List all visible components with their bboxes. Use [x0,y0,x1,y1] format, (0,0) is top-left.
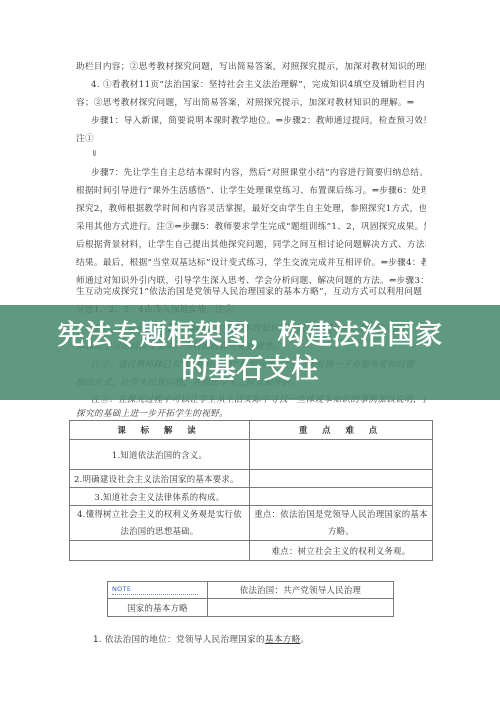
text-line: 注① [76,133,426,145]
table-cell [70,541,250,561]
text-line: 结果。最后，根据“当堂双基达标”设计变式练习，学生交流完成并互相评价。⇐步骤4：… [76,257,426,269]
table-row: 4.懂得树立社会主义的权利义务观是实行依法治国的思想基础。 重点：依法治国是党领… [70,506,433,541]
table-cell [250,440,433,470]
table-header-row: 课 标 解 读 重 点 难 点 [70,421,433,440]
table-row: NOTE 依法治国：共产党领导人民治理 [108,582,394,599]
document-page: 助栏目内容；②思考教材探究问题，写出简易答案，对照探究提示，加深对教材知识的理解… [0,0,500,707]
banner-title: 宪法专题框架图，构建法治国家的基石支柱 [50,319,450,387]
table-row: 1.知道依法治国的含义。 [70,440,433,470]
text-line: 步骤7：先让学生自主总结本课时内容，然后“对照课堂小结”内容进行简要归纳总结。 [91,167,426,179]
table-cell: 国家的基本方略 [108,599,208,617]
underlined-answer: 基本方略 [265,635,301,645]
header-key-difficult-points: 重 点 难 点 [250,421,433,440]
text-line: 探究的基础上进一步开拓学生的视野。 [76,408,426,420]
text-line: 助栏目内容；②思考教材探究问题，写出简易答案，对照探究提示，加深对教材知识的理解… [76,61,426,73]
final-line-prefix: 1. 依法治国的地位：党领导人民治理国家的 [93,635,265,645]
rule-of-law-status-line: 1. 依法治国的地位：党领导人民治理国家的基本方略。 [93,633,309,645]
table-row: 2.明确建设社会主义法治国家的基本要求。 [70,470,433,488]
table-cell [208,599,394,617]
final-line-suffix: 。 [301,635,310,645]
table-row: 难点：树立社会主义的权利义务观。 [70,541,433,561]
table-row: 国家的基本方略 [108,599,394,617]
table-cell: 3.知道社会主义法律体系的构成。 [70,488,250,506]
curriculum-standards-table: 课 标 解 读 重 点 难 点 1.知道依法治国的含义。 2.明确建设社会主义法… [69,420,433,561]
text-line: 步骤1：导入新课，简要说明本课时教学地位。⇒步骤2：教师通过提问，检查预习效果。 [91,115,426,127]
text-line: 采用其他方式进行。注③⇐步骤5：教师要求学生完成“题组训练”1、2，巩固探究成果… [76,221,426,233]
difficult-point-cell: 难点：树立社会主义的权利义务观。 [250,541,433,561]
table-row: 3.知道社会主义法律体系的构成。 [70,488,433,506]
title-banner: 宪法专题框架图，构建法治国家的基石支柱 [0,305,500,400]
note-mark: NOTE [112,585,198,595]
table-cell: NOTE [108,582,208,599]
knowledge-framework-table: NOTE 依法治国：共产党领导人民治理 国家的基本方略 [107,581,394,617]
text-line: 根据时间引导进行“课外生活感悟”、让学生处理课堂练习、布置课后练习。⇐步骤6：处… [76,185,426,197]
text-line: 探究2，教师根据教学时间和内容灵活掌握，最好交由学生自主处理，参照探究1方式，也… [76,203,426,215]
header-curriculum-interpretation: 课 标 解 读 [70,421,250,440]
table-cell: 4.懂得树立社会主义的权利义务观是实行依法治国的思想基础。 [70,506,250,541]
text-line: 4. ①看教材11页“法治国家：坚持社会主义法治理解”，完成知识4填空及辅助栏目… [91,79,426,91]
table-cell [250,470,433,488]
table-cell: 2.明确建设社会主义法治国家的基本要求。 [70,470,250,488]
key-point-cell: 重点：依法治国是党领导人民治理国家的基本方略。 [250,506,433,541]
table-cell: 1.知道依法治国的含义。 [70,440,250,470]
text-line: 容；②思考教材探究问题，写出简易答案，对照探究提示，加深对教材知识的理解。⇒ [76,97,426,109]
table-cell [250,488,433,506]
down-arrow-icon: ⇓ [91,149,98,158]
table-cell: 依法治国：共产党领导人民治理 [208,582,394,599]
text-line: 生互动完成探究1“依法治国是党领导人民治理国家的基本方略”，互动方式可以利用问题 [76,286,426,298]
text-line: 后根据背景材料，让学生自己提出其他探究问题，同学之间互相讨论问题解决方式、方法和 [76,239,426,251]
